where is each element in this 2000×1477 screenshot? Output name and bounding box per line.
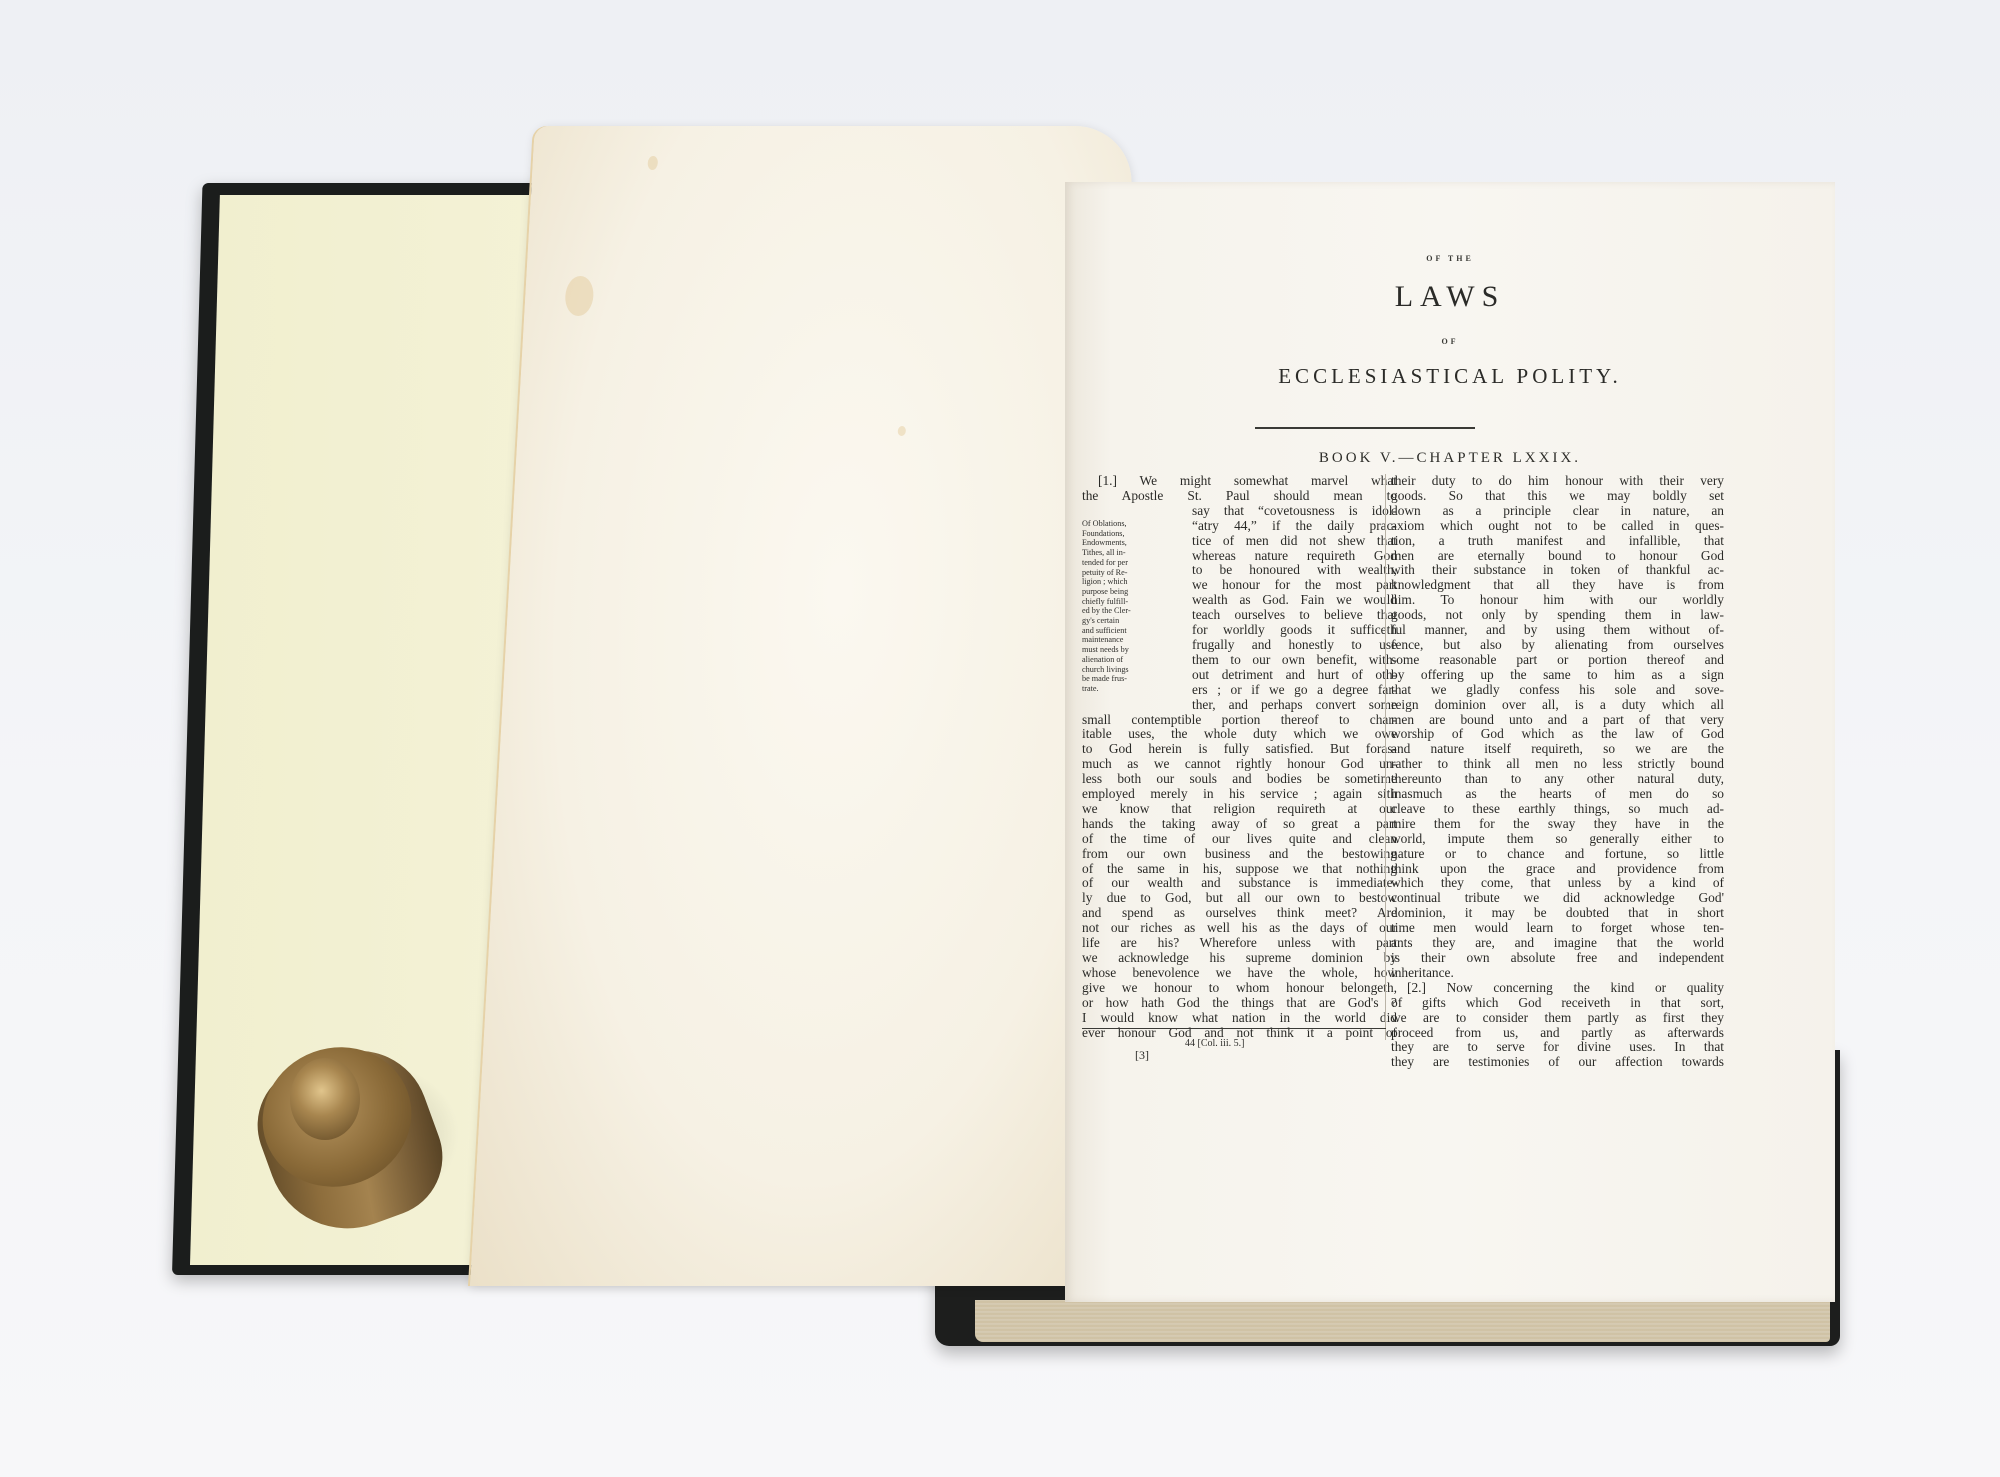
text-line: reign dominion over all, is a duty which… [1391,698,1724,713]
text-line: the Apostle St. Paul should mean to [1082,489,1397,504]
side-note-line: church livings [1082,665,1180,675]
side-note-line: ligion ; which [1082,577,1180,587]
text-line: of the time of our lives quite and clean [1082,832,1397,847]
text-line: or how hath God the things that are God'… [1082,996,1397,1011]
text-line: worship of God which as the law of God [1391,727,1724,742]
page-number: [3] [1135,1048,1149,1063]
text-line: think upon the grace and providence from [1391,862,1724,877]
text-line: goods. So that this we may boldly set [1391,489,1724,504]
text-line: by offering up the same to him as a sign [1391,668,1724,683]
text-line: ly due to God, but all our own to bestow [1082,891,1397,906]
text-line: inasmuch as the hearts of men do so [1391,787,1724,802]
text-line: thereunto than to any other natural duty… [1391,772,1724,787]
text-line: say that “covetousness is idol- [1082,504,1397,519]
text-line: I would know what nation in the world di… [1082,1011,1397,1026]
text-line: less both our souls and bodies be someti… [1082,772,1397,787]
text-line: knowledgment that all they have is from [1391,578,1724,593]
side-note-line: be made frus- [1082,674,1180,684]
text-line: which they come, that unless by a kind o… [1391,876,1724,891]
text-line: time men would learn to forget whose ten… [1391,921,1724,936]
brass-weight-knob [290,1058,360,1140]
side-note-line: gy's certain [1082,616,1180,626]
text-line: inheritance. [1391,966,1724,981]
text-line: to God herein is fully satisfied. But fo… [1082,742,1397,757]
text-line: some reasonable part or portion thereof … [1391,653,1724,668]
text-line: we are to consider them partly as first … [1391,1011,1724,1026]
printed-page: OF THE LAWS OF ECCLESIASTICAL POLITY. BO… [1065,182,1835,1302]
text-line: their duty to do him honour with their v… [1391,474,1724,489]
text-line: and spend as ourselves think meet? Are [1082,906,1397,921]
marginal-side-note: Of Oblations, Foundations, Endowments, T… [1082,519,1180,694]
text-line: [1.] We might somewhat marvel what [1082,474,1397,489]
side-note-line: and sufficient [1082,626,1180,636]
side-note-line: chiefly fulfill- [1082,597,1180,607]
text-line: employed merely in his service ; again s… [1082,787,1397,802]
text-line: ful manner, and by using them without of… [1391,623,1724,638]
side-note-line: alienation of [1082,655,1180,665]
text-line: not our riches as well his as the days o… [1082,921,1397,936]
text-line: him. To honour him with our worldly [1391,593,1724,608]
text-line: down as a principle clear in nature, an [1391,504,1724,519]
side-note-line: petuity of Re- [1082,568,1180,578]
text-line: men are bound unto and a part of that ve… [1391,713,1724,728]
text-line: cleave to these earthly things, so much … [1391,802,1724,817]
text-line: of our wealth and substance is immediate… [1082,876,1397,891]
side-note-line: purpose being [1082,587,1180,597]
text-line: give we honour to whom honour belongeth, [1082,981,1397,996]
text-line: ther, and perhaps convert some [1082,698,1397,713]
text-line: that we gladly confess his sole and sove… [1391,683,1724,698]
chapter-heading: BOOK V.—CHAPTER LXXIX. [1065,450,1835,467]
text-line: [2.] Now concerning the kind or quality [1391,981,1724,996]
text-line: of gifts which God receiveth in that sor… [1391,996,1724,1011]
text-line: itable uses, the whole duty which we owe [1082,727,1397,742]
text-line: tion, a truth manifest and infallible, t… [1391,534,1724,549]
text-line: and nature itself requireth, so we are t… [1391,742,1724,757]
title-rule [1255,427,1475,429]
title-ecclesiastical-polity: ECCLESIASTICAL POLITY. [1065,364,1835,389]
text-line: continual tribute we did acknowledge God… [1391,891,1724,906]
text-line: nature or to chance and fortune, so litt… [1391,847,1724,862]
side-note-line: Foundations, [1082,529,1180,539]
foxing-stain [564,276,594,316]
side-note-line: Of Oblations, [1082,519,1180,529]
text-line: mire them for the sway they have in the [1391,817,1724,832]
text-line: men are eternally bound to honour God [1391,549,1724,564]
blank-flyleaf [470,126,1135,1286]
text-line: with their substance in token of thankfu… [1391,563,1724,578]
column-divider [1385,474,1386,1040]
title-laws: LAWS [1065,280,1835,314]
text-line: fence, but also by alienating from ourse… [1391,638,1724,653]
text-line: world, impute them so generally either t… [1391,832,1724,847]
side-note-line: Tithes, all in- [1082,548,1180,558]
text-line: dominion, it may be doubted that in shor… [1391,906,1724,921]
side-note-line: trate. [1082,684,1180,694]
text-line: goods, not only by spending them in law- [1391,608,1724,623]
text-line: of the same in his, suppose we that noth… [1082,862,1397,877]
side-note-line: Endowments, [1082,538,1180,548]
text-line: proceed from us, and partly as afterward… [1391,1026,1724,1041]
text-line: much as we cannot rightly honour God un- [1082,757,1397,772]
text-line: we acknowledge his supreme dominion by [1082,951,1397,966]
title-of: OF [1065,337,1835,346]
text-line: they are to serve for divine uses. In th… [1391,1040,1724,1055]
side-note-line: tended for per [1082,558,1180,568]
text-column-right: their duty to do him honour with their v… [1391,474,1724,1070]
text-line: we know that religion requireth at our [1082,802,1397,817]
text-line: from our own business and the bestowing [1082,847,1397,862]
footnote-rule [1082,1028,1386,1029]
text-line: ants they are, and imagine that the worl… [1391,936,1724,951]
text-line: hands the taking away of so great a part [1082,817,1397,832]
foxing-stain [647,156,658,170]
text-line: rather to think all men no less strictly… [1391,757,1724,772]
text-line: axiom which ought not to be called in qu… [1391,519,1724,534]
side-note-line: must needs by [1082,645,1180,655]
side-note-line: maintenance [1082,635,1180,645]
header-of-the: OF THE [1065,254,1835,263]
foxing-stain [898,426,907,436]
text-line: is their own absolute free and independe… [1391,951,1724,966]
text-line: life are his? Wherefore unless with part [1082,936,1397,951]
page-block-edge [975,1300,1830,1342]
footnote: 44 [Col. iii. 5.] [1185,1038,1244,1049]
text-line: small contemptible portion thereof to ch… [1082,713,1397,728]
side-note-line: ed by the Cler- [1082,606,1180,616]
text-line: they are testimonies of our affection to… [1391,1055,1724,1070]
text-line: whose benevolence we have the whole, how [1082,966,1397,981]
